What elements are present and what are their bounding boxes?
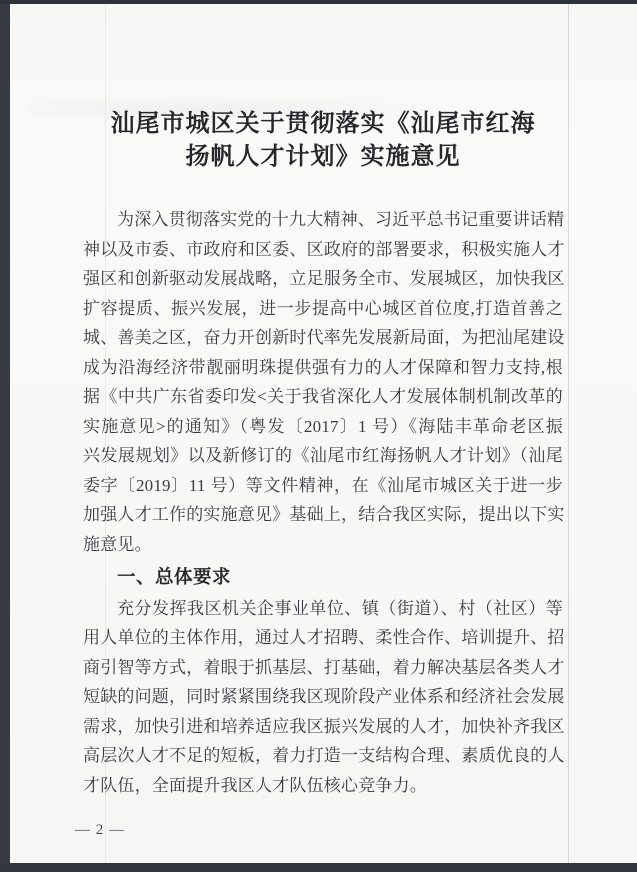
text-line: 委字〔2019〕11 号）等文件精神，在《汕尾市城区关于进一步 — [83, 471, 563, 501]
text-line: 商引智等方式，着眼于抓基层、打基础，着力解决基层各类人才 — [83, 653, 563, 683]
text-line: 充分发挥我区机关企事业单位、镇（街道）、村（社区）等 — [83, 594, 563, 624]
text-line: 为深入贯彻落实党的十九大精神、习近平总书记重要讲话精 — [83, 205, 563, 235]
section-heading: 一、总体要求 — [83, 564, 563, 594]
text-line: 才队伍，全面提升我区人才队伍核心竞争力。 — [83, 771, 563, 801]
text-line: 强区和创新驱动发展战略，立足服务全市、发展城区，加快我区 — [83, 264, 563, 294]
paragraph-overall-requirements: 充分发挥我区机关企事业单位、镇（街道）、村（社区）等用人单位的主体作用，通过人才… — [83, 594, 563, 801]
text-line: 需求，加快引进和培养适应我区振兴发展的人才，加快补齐我区 — [83, 712, 563, 742]
scan-artifact-line — [568, 4, 569, 863]
scan-edge-bottom — [0, 863, 637, 872]
text-line: 成为沿海经济带靓丽明珠提供强有力的人才保障和智力支持,根 — [83, 353, 563, 383]
text-line: 城、善美之区，奋力开创新时代率先发展新局面，为把汕尾建设 — [83, 323, 563, 353]
text-line: 扩容提质、振兴发展，进一步提高中心城区首位度,打造首善之 — [83, 294, 563, 324]
text-line: 据《中共广东省委印发<关于我省深化人才发展体制机制改革的 — [83, 382, 563, 412]
text-line: 实施意见>的通知》（粤发〔2017〕1 号）《海陆丰革命老区振 — [83, 412, 563, 442]
text-line: 用人单位的主体作用，通过人才招聘、柔性合作、培训提升、招 — [83, 623, 563, 653]
text-line: 短缺的问题，同时紧紧围绕我区现阶段产业体系和经济社会发展 — [83, 682, 563, 712]
text-line: 施意见。 — [83, 530, 563, 560]
paragraph-intro: 为深入贯彻落实党的十九大精神、习近平总书记重要讲话精神以及市委、市政府和区委、区… — [83, 205, 563, 559]
scan-edge-top — [0, 0, 637, 4]
page-number: — 2 — — [75, 822, 125, 839]
text-line: 神以及市委、市政府和区委、区政府的部署要求，积极实施人才 — [83, 235, 563, 265]
scanned-page: 汕尾市城区关于贯彻落实《汕尾市红海 扬帆人才计划》实施意见 为深入贯彻落实党的十… — [0, 0, 637, 872]
document-title-line-2: 扬帆人才计划》实施意见 — [83, 141, 563, 174]
document-title: 汕尾市城区关于贯彻落实《汕尾市红海 扬帆人才计划》实施意见 — [83, 108, 563, 174]
scan-edge-left — [0, 0, 10, 872]
text-line: 兴发展规划》以及新修订的《汕尾市红海扬帆人才计划》（汕尾 — [83, 441, 563, 471]
document-content: 汕尾市城区关于贯彻落实《汕尾市红海 扬帆人才计划》实施意见 为深入贯彻落实党的十… — [83, 0, 563, 800]
document-title-line-1: 汕尾市城区关于贯彻落实《汕尾市红海 — [83, 108, 563, 141]
text-line: 高层次人才不足的短板，着力打造一支结构合理、素质优良的人 — [83, 741, 563, 771]
text-line: 加强人才工作的实施意见》基础上，结合我区实际，提出以下实 — [83, 500, 563, 530]
